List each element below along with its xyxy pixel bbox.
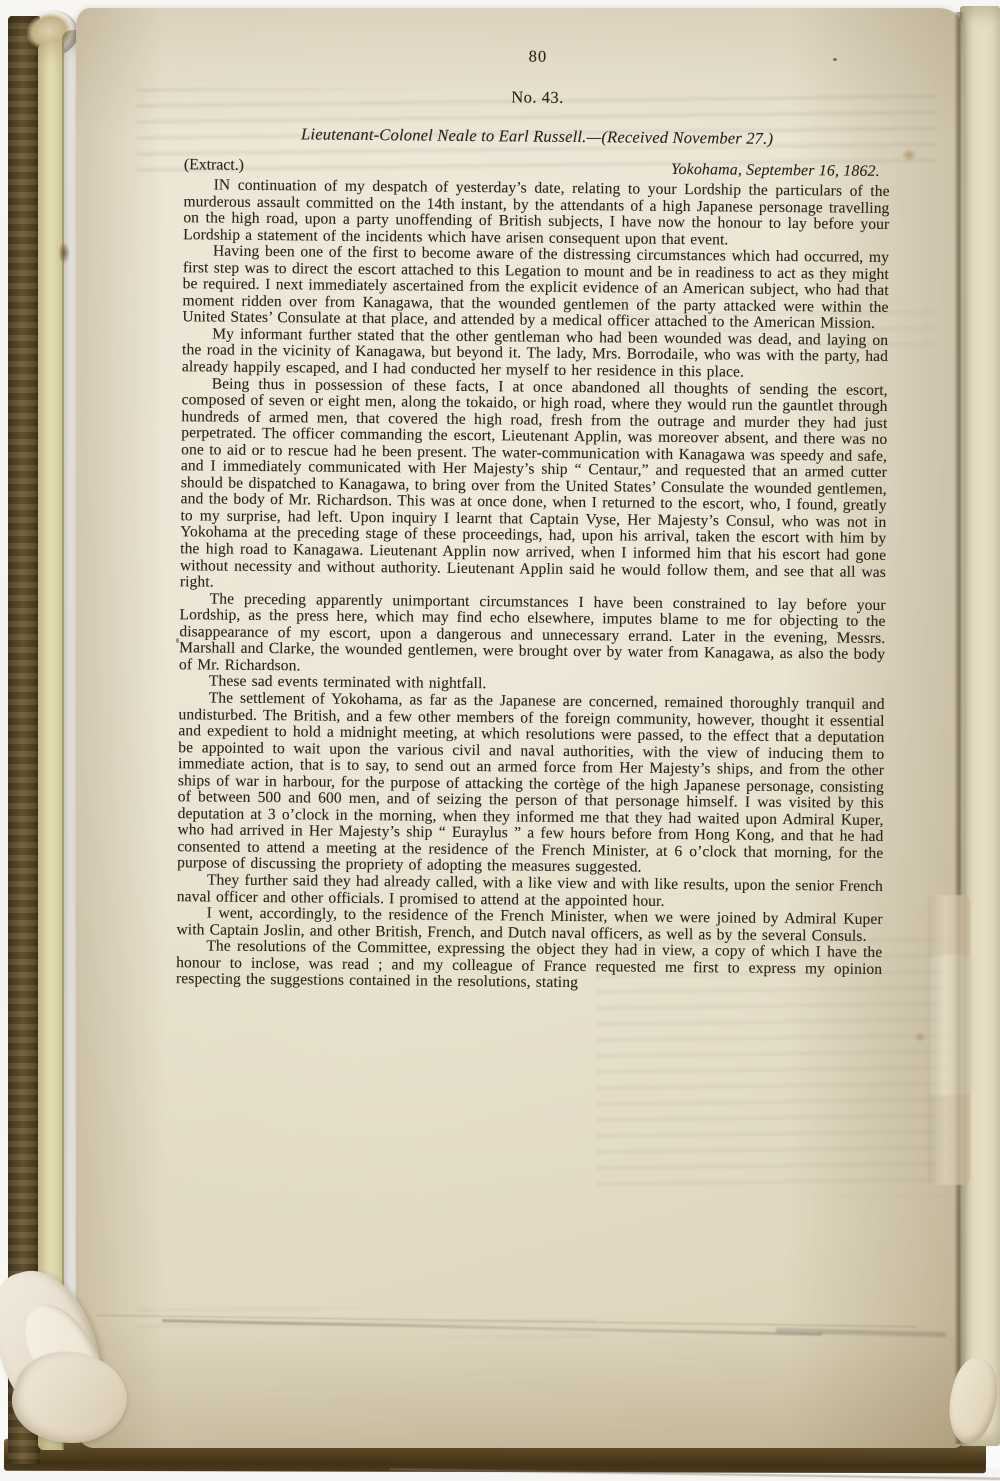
facing-page-edge: [960, 6, 1000, 1446]
photo-background: { "document": { "page_number": "80", "it…: [0, 0, 1000, 1481]
despatch-heading: Lieutenant-Colonel Neale to Earl Russell…: [184, 123, 890, 150]
paragraph: The preceding apparently unimportant cir…: [179, 591, 886, 681]
page-content: 80 No. 43. Lieutenant-Colonel Neale to E…: [176, 43, 891, 995]
paragraph: The settlement of Yokohama, as far as th…: [177, 690, 885, 879]
extract-label: (Extract.): [184, 156, 244, 175]
repair-tissue-strip: [928, 895, 970, 1185]
paragraph: The resolutions of the Committee, expres…: [176, 938, 882, 994]
dateline: Yokohama, September 16, 1862.: [671, 161, 890, 181]
book-page: 80 No. 43. Lieutenant-Colonel Neale to E…: [76, 8, 964, 1448]
pencil-smudge: [776, 1328, 946, 1337]
paragraph: IN continuation of my despatch of yester…: [183, 177, 890, 250]
stain: [912, 1030, 928, 1044]
book-spine: [8, 16, 40, 1464]
gutter-shadow: [954, 12, 965, 1444]
stain: [56, 238, 72, 268]
paragraph: Being thus in possession of these facts,…: [180, 376, 888, 598]
despatch-number: No. 43.: [184, 84, 890, 111]
paragraph: Having been one of the first to become a…: [182, 243, 889, 333]
paragraph: My informant further stated that the oth…: [182, 326, 888, 382]
page-number: 80: [185, 43, 891, 70]
stain: [898, 146, 920, 164]
body-text: IN continuation of my despatch of yester…: [176, 177, 890, 995]
